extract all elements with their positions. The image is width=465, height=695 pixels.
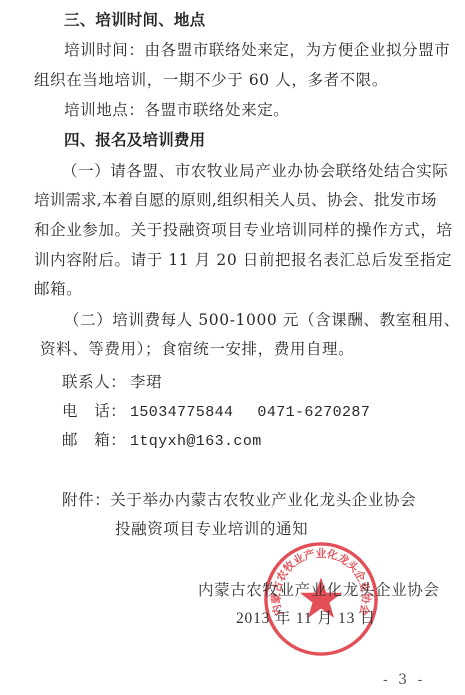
- attachment-line-1: 附件：关于举办内蒙古农牧业产业化龙头企业协会: [62, 490, 416, 510]
- item-1-line-5: 邮箱。: [34, 279, 82, 299]
- item-1-line-3: 和企业参加。关于投融资项目专业培训同样的操作方式，培: [34, 220, 453, 240]
- contact-phone-landline: 0471-6270287: [257, 404, 370, 421]
- contact-phone-mobile: 15034775844: [130, 404, 233, 421]
- item-1-line-2: 培训需求,本着自愿的原则,组织相关人员、协会、批发市场: [34, 190, 437, 210]
- contact-person-value: 李珺: [130, 373, 162, 391]
- contact-email: 邮 箱：1tqyxh@163.com: [62, 430, 262, 452]
- attachment-line-2: 投融资项目专业培训的通知: [115, 519, 308, 539]
- signature-organization: 内蒙古农牧业产业化龙头企业协会: [198, 580, 440, 600]
- training-place: 培训地点：各盟市联络处来定。: [64, 100, 289, 120]
- training-time-line-2: 组织在当地培训，一期不少于 60 人，多者不限。: [34, 70, 388, 90]
- section-3-heading: 三、培训时间、地点: [64, 10, 205, 30]
- item-1-line-4: 训内容附后。请于 11 月 20 日前把报名表汇总后发至指定: [34, 250, 452, 270]
- contact-person-label: 联系人：: [62, 372, 130, 392]
- page-number: - 3 -: [383, 672, 425, 688]
- signature-date: 2013 年 11 月 13 日: [236, 609, 376, 629]
- contact-email-value[interactable]: 1tqyxh@163.com: [130, 433, 262, 450]
- training-time-line-1: 培训时间：由各盟市联络处来定，为方便企业拟分盟市: [64, 40, 450, 60]
- item-2-line-2: 资料、等费用）；食宿统一安排，费用自理。: [40, 339, 354, 359]
- contact-phone-label: 电 话：: [62, 401, 130, 421]
- section-4-heading: 四、报名及培训费用: [64, 130, 205, 150]
- item-1-line-1: （一）请各盟、市农牧业局产业办协会联络处结合实际: [62, 161, 448, 181]
- item-2-line-1: （二）培训费每人 500-1000 元（含课酬、教室租用、: [64, 310, 460, 330]
- contact-person: 联系人：李珺: [62, 372, 162, 392]
- contact-phone: 电 话：150347758440471-6270287: [62, 401, 370, 423]
- contact-email-label: 邮 箱：: [62, 430, 130, 450]
